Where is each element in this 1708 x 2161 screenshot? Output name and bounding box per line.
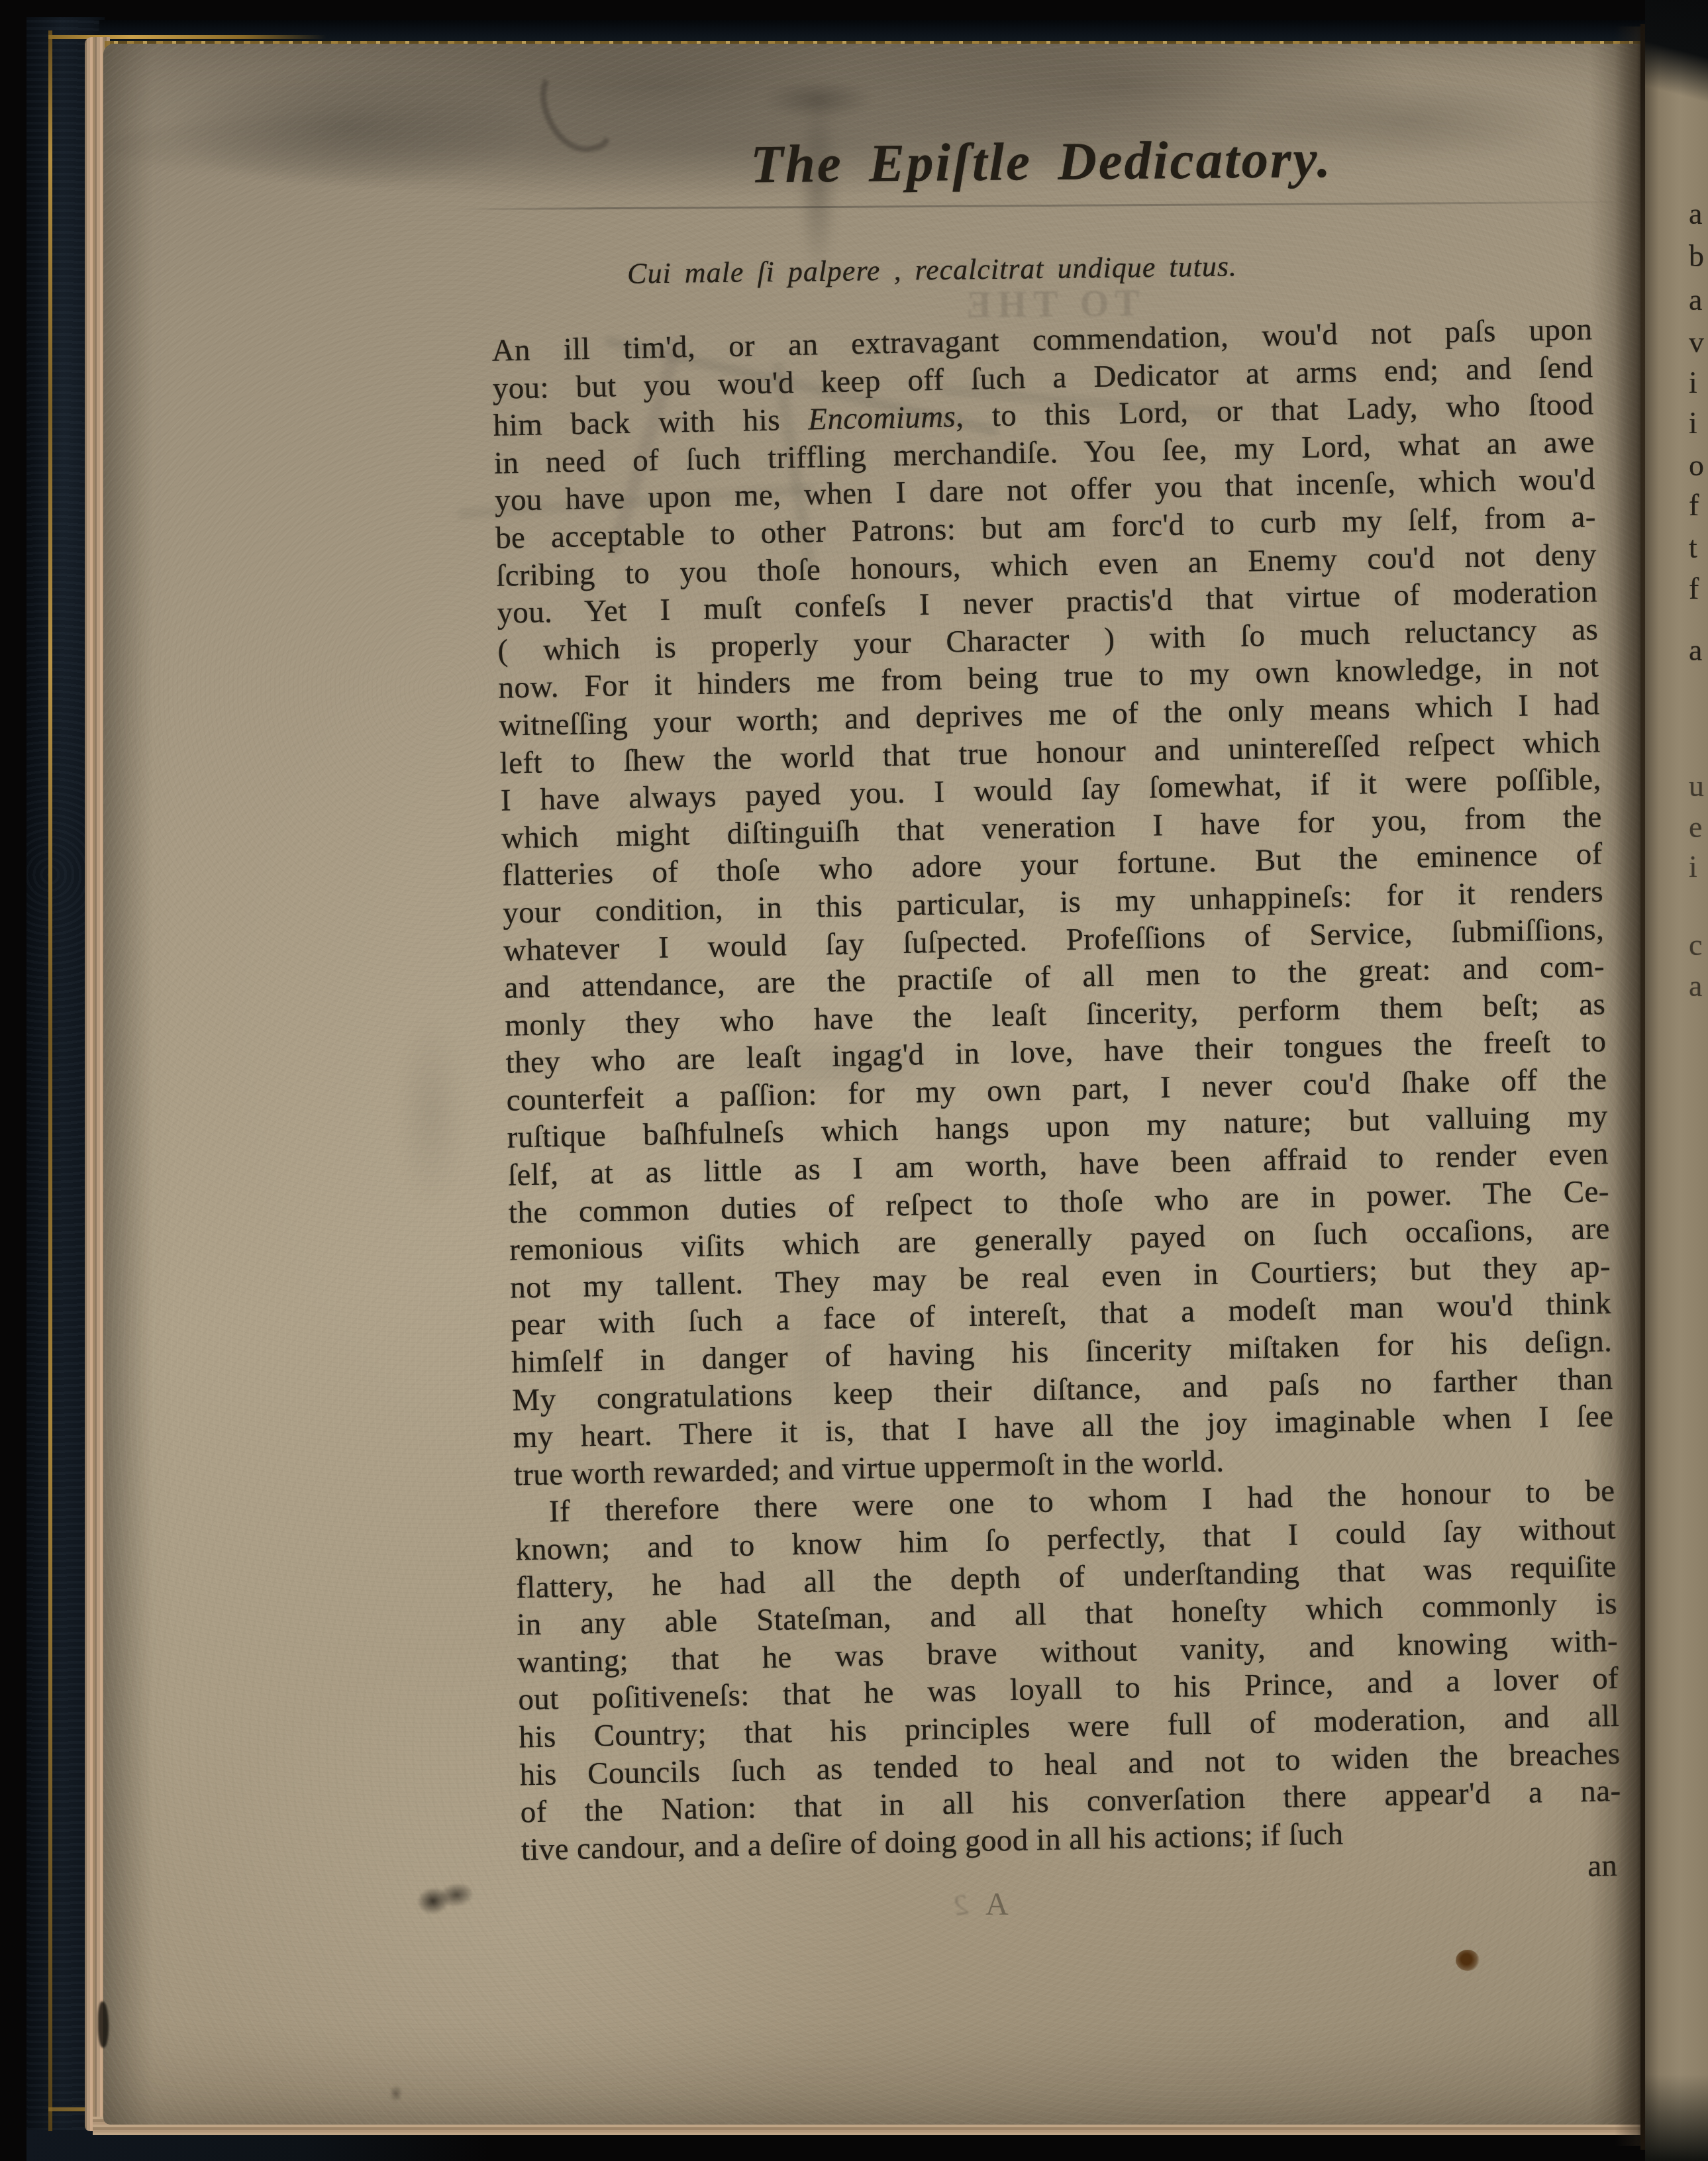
facing-page-text-fragment: a [1689, 282, 1702, 317]
gutter-crease [1640, 24, 1645, 2150]
signature-showthrough: 2 [951, 1887, 971, 1923]
dedication-paragraph-2: If therefore there were one to whom I ha… [514, 1472, 1622, 1868]
facing-page-text-fragment: f [1689, 571, 1699, 606]
facing-page-text-fragment: i [1689, 365, 1697, 400]
signature-area: 2A [954, 1886, 1099, 1923]
facing-page-text-fragment: a [1689, 968, 1702, 1003]
facing-page-text-fragment: a [1689, 632, 1702, 668]
dedication-paragraph-1: An ill tim'd, or an extravagant commenda… [491, 311, 1615, 1494]
facing-page-text-fragment: c [1689, 927, 1702, 962]
book-scan: TO THE The Epiſtle Dedicatory. Cui male … [0, 0, 1708, 2161]
dedication-body: An ill tim'd, or an extravagant commenda… [491, 311, 1623, 1906]
gold-fillet-vertical [48, 30, 52, 2131]
facing-page-text-fragment: e [1689, 809, 1702, 844]
facing-page-text-fragment: u [1689, 768, 1704, 803]
facing-page-text-fragment: b [1689, 238, 1704, 274]
facing-page-text-fragment: i [1689, 405, 1697, 440]
facing-page-text-fragment: t [1689, 530, 1697, 565]
signature-mark: A [985, 1886, 1009, 1923]
catchword: an [1587, 1848, 1617, 1884]
facing-page-text-fragment: i [1689, 849, 1697, 884]
page-title: The Epiſtle Dedicatory. [493, 126, 1590, 198]
facing-page-text-fragment: a [1689, 196, 1702, 231]
facing-page-text-fragment: v [1689, 325, 1704, 360]
facing-page-edge: abaviioftfaueica [1645, 0, 1708, 2161]
facing-page-text-fragment: o [1689, 448, 1704, 483]
facing-page-text-fragment: f [1689, 487, 1699, 523]
